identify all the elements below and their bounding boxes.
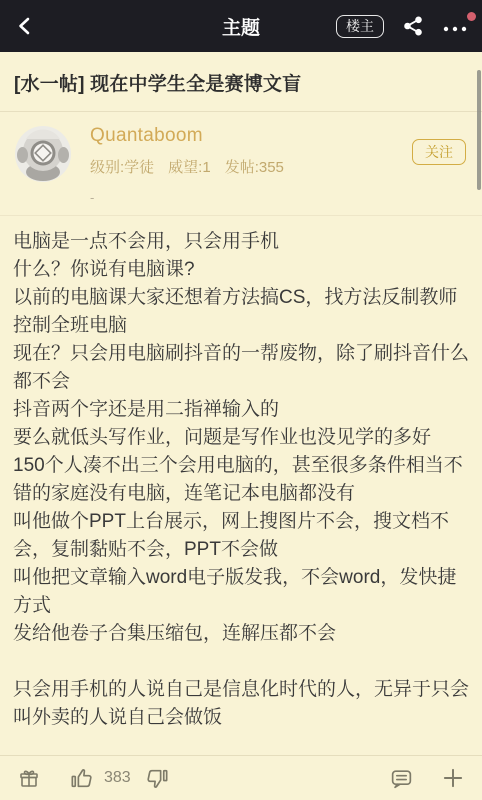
share-button[interactable]: [400, 13, 426, 39]
post-paragraph: 150个人凑不出三个会用电脑的，甚至很多条件相当不错的家庭没有电脑，连笔记本电脑…: [13, 452, 469, 508]
thumbs-down-icon: [145, 766, 170, 791]
post-body: 电脑是一点不会用，只会用手机什么？你说有电脑课?以前的电脑课大家还想着方法搞CS…: [0, 216, 482, 732]
gift-icon: [17, 766, 41, 790]
thread-title-row: [水一帖] 现在中学生全是赛博文盲: [0, 52, 482, 112]
post-paragraph: 电脑是一点不会用，只会用手机: [13, 228, 469, 256]
back-button[interactable]: [14, 9, 48, 43]
op-only-badge[interactable]: 楼主: [336, 15, 384, 38]
post-paragraph: 叫他做个PPT上台展示，网上搜图片不会，搜文档不会，复制黏贴不会，PPT不会做: [13, 508, 469, 564]
chevron-left-icon: [14, 15, 36, 37]
like-button[interactable]: [68, 765, 94, 791]
post-paragraph: 要么就低头写作业，问题是写作业也没见学的多好: [13, 424, 469, 452]
author-post-count: 发帖:355: [225, 159, 284, 176]
app-frame: 主题 楼主: [0, 0, 482, 800]
follow-button[interactable]: 关注: [412, 139, 466, 165]
thread-title: [水一帖] 现在中学生全是赛博文盲: [14, 69, 468, 96]
like-count: 383: [104, 769, 131, 787]
post-paragraph: 只会用手机的人说自己是信息化时代的人，无异于只会叫外卖的人说自己会做饭: [13, 676, 469, 732]
author-card: Quantaboom 级别:学徒威望:1发帖:355 - 关注: [0, 112, 482, 216]
speech-bubble-icon: [389, 766, 414, 791]
post-paragraph: 抖音两个字还是用二指禅输入的: [13, 396, 469, 424]
author-prestige: 威望:1: [168, 159, 211, 176]
author-signature: -: [90, 190, 468, 205]
share-icon: [401, 14, 425, 38]
top-bar: 主题 楼主: [0, 0, 482, 52]
bottom-bar-left: 383: [16, 765, 171, 791]
more-menu-button[interactable]: [442, 16, 468, 36]
post-paragraph: 以前的电脑课大家还想着方法搞CS，找方法反制教师控制全班电脑: [13, 284, 469, 340]
author-level: 级别:学徒: [90, 159, 154, 176]
post-paragraph: 叫他把文章输入word电子版发我，不会word，发快捷方式: [13, 564, 469, 620]
thumbs-up-icon: [69, 766, 94, 791]
add-button[interactable]: [440, 765, 466, 791]
top-bar-actions: 楼主: [336, 13, 468, 39]
post-paragraph: 发给他卷子合集压缩包，连解压都不会: [13, 620, 469, 648]
bottom-bar-right: [388, 765, 466, 791]
scrollbar[interactable]: [477, 70, 481, 190]
notification-dot: [467, 12, 476, 21]
post-paragraph: 现在？只会用电脑刷抖音的一帮废物，除了刷抖音什么都不会: [13, 340, 469, 396]
dislike-button[interactable]: [145, 765, 171, 791]
avatar[interactable]: [14, 125, 72, 183]
author-info: Quantaboom 级别:学徒威望:1发帖:355 -: [90, 123, 468, 205]
ellipsis-icon: [442, 22, 468, 36]
post-paragraph: 什么？你说有电脑课?: [13, 256, 469, 284]
bottom-action-bar: 383: [0, 755, 482, 800]
comments-button[interactable]: [388, 765, 414, 791]
gift-button[interactable]: [16, 765, 42, 791]
plus-icon: [440, 765, 466, 791]
